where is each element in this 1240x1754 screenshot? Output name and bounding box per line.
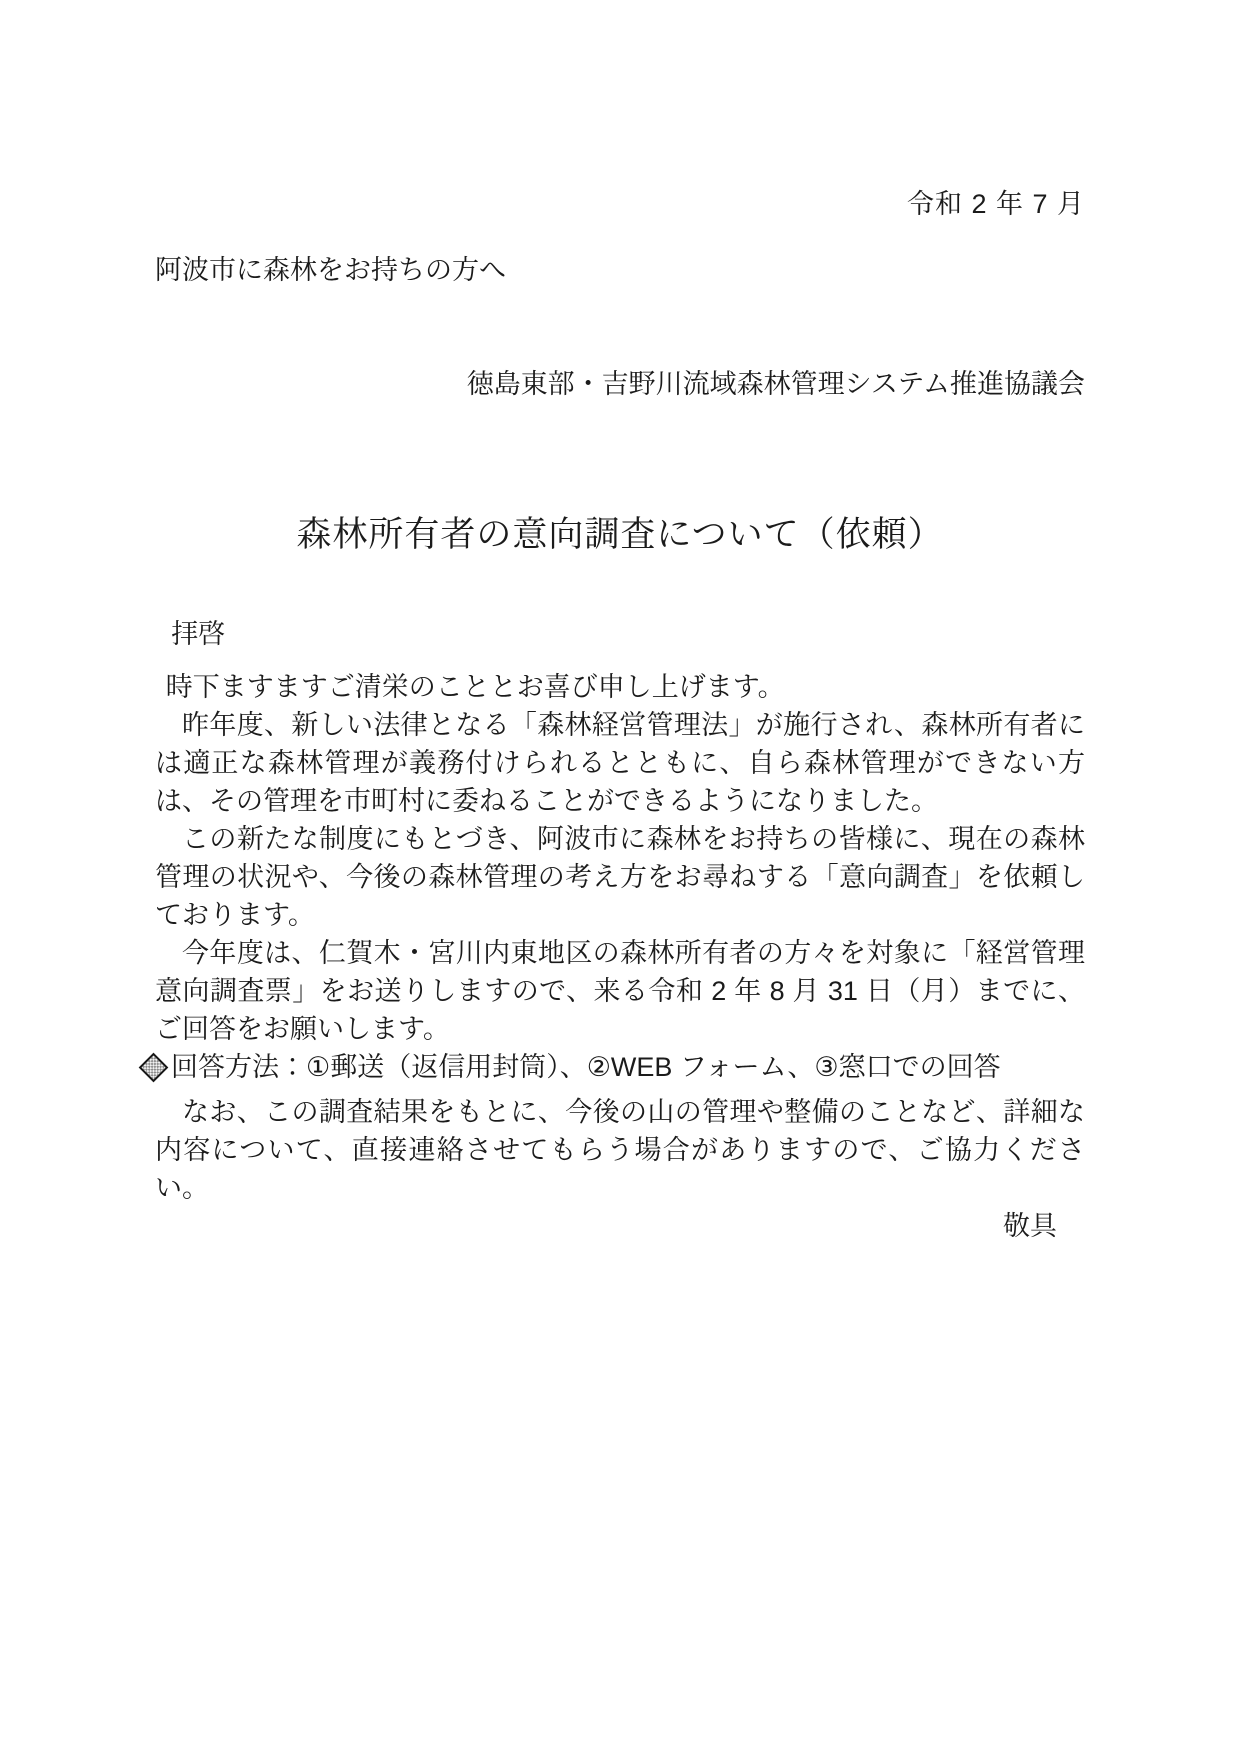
paragraph-law-background: 昨年度、新しい法律となる「森林経営管理法」が施行され、森林所有者には適正な森林管… — [155, 706, 1085, 820]
paragraph-follow-up-note: なお、この調査結果をもとに、今後の山の管理や整備のことなど、詳細な内容について、… — [155, 1093, 1085, 1207]
sender-line: 徳島東部・吉野川流域森林管理システム推進協議会 — [155, 365, 1085, 403]
reply-methods-text: 回答方法：①郵送（返信用封筒）、②WEB フォーム、③窓口での回答 — [171, 1048, 1001, 1086]
letter-page: 令和 2 年 7 月 阿波市に森林をお持ちの方へ 徳島東部・吉野川流域森林管理シ… — [0, 0, 1240, 1754]
date-line: 令和 2 年 7 月 — [155, 185, 1085, 223]
document-title: 森林所有者の意向調査について（依頼） — [155, 511, 1085, 559]
closing-word: 敬具 — [155, 1207, 1085, 1245]
salutation: 拝啓 — [155, 615, 1085, 653]
recipient-line: 阿波市に森林をお持ちの方へ — [155, 251, 1085, 289]
letter-body: 時下ますますご清栄のこととお喜び申し上げます。 昨年度、新しい法律となる「森林経… — [155, 668, 1085, 1207]
paragraph-greeting: 時下ますますご清栄のこととお喜び申し上げます。 — [155, 668, 1085, 706]
paragraph-survey-purpose: この新たな制度にもとづき、阿波市に森林をお持ちの皆様に、現在の森林管理の状況や、… — [155, 820, 1085, 934]
paragraph-survey-schedule: 今年度は、仁賀木・宮川内東地区の森林所有者の方々を対象に「経営管理意向調査票」を… — [155, 934, 1085, 1048]
patterned-diamond-icon — [139, 1052, 169, 1082]
reply-methods-line: 回答方法：①郵送（返信用封筒）、②WEB フォーム、③窓口での回答 — [141, 1048, 1085, 1086]
letter-content: 令和 2 年 7 月 阿波市に森林をお持ちの方へ 徳島東部・吉野川流域森林管理シ… — [0, 0, 1240, 1245]
